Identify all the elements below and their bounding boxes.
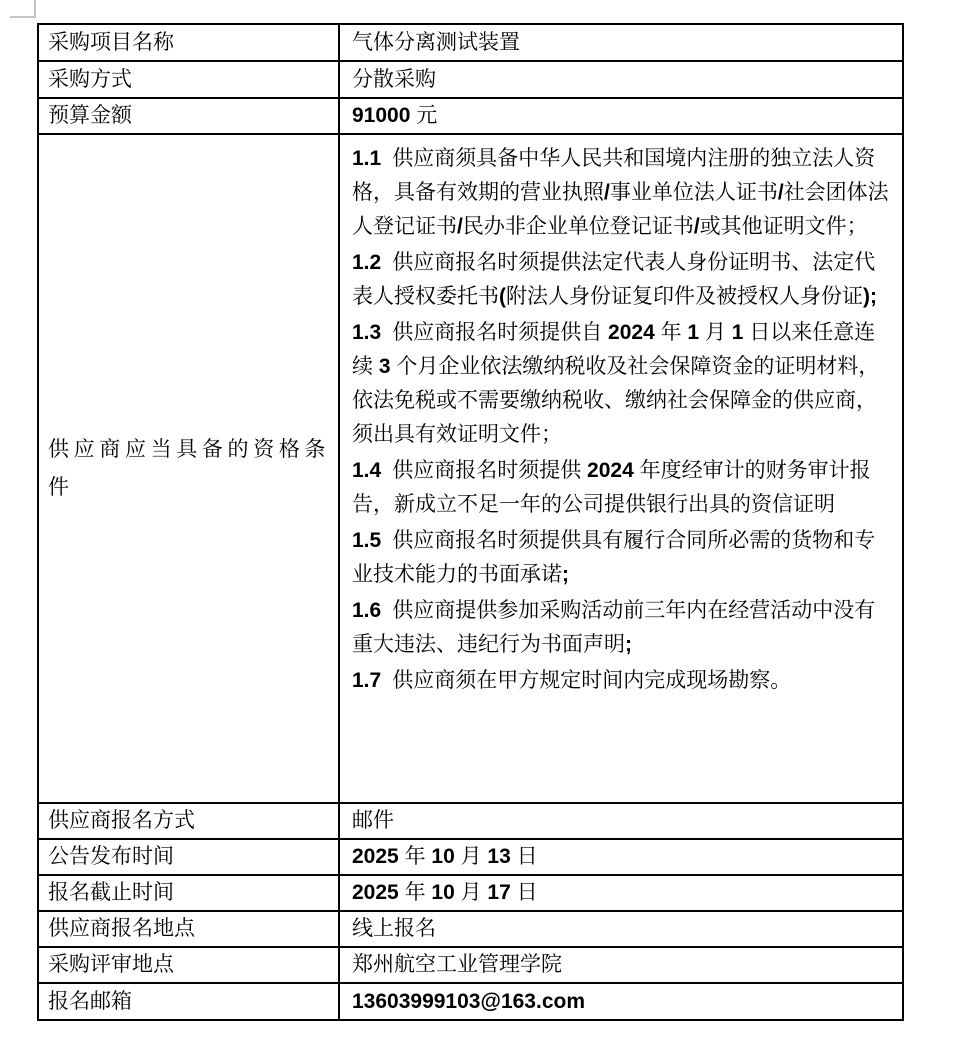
requirement-item: 1.3供应商报名时须提供自 2024 年 1 月 1 日以来任意连续 3 个月企… — [352, 316, 892, 452]
page-margin-crop-mark — [10, 0, 36, 18]
table-row-project-name: 采购项目名称 气体分离测试装置 — [38, 24, 903, 61]
row-label: 报名截止时间 — [38, 875, 339, 911]
requirement-text: 供应商报名时须提供具有履行合同所必需的货物和专业技术能力的书面承诺; — [352, 529, 875, 586]
table-row-deadline-date: 报名截止时间 2025 年 10 月 17 日 — [38, 875, 903, 911]
requirement-number: 1.6 — [352, 599, 381, 622]
requirement-item: 1.1供应商须具备中华人民共和国境内注册的独立法人资格，具备有效期的营业执照/事… — [352, 142, 892, 244]
requirement-text: 供应商报名时须提供 2024 年度经审计的财务审计报告，新成立不足一年的公司提供… — [352, 459, 871, 516]
table-row-announcement-date: 公告发布时间 2025 年 10 月 13 日 — [38, 839, 903, 875]
row-label: 供应商报名地点 — [38, 911, 339, 947]
requirement-number: 1.4 — [352, 459, 381, 482]
procurement-notice-table: 采购项目名称 气体分离测试装置 采购方式 分散采购 预算金额 91000 元 供… — [37, 23, 904, 1021]
row-value: 线上报名 — [339, 911, 903, 947]
requirement-number: 1.3 — [352, 321, 381, 344]
requirement-number: 1.5 — [352, 529, 381, 552]
requirement-number: 1.7 — [352, 669, 381, 692]
requirement-number: 1.1 — [352, 147, 381, 170]
requirement-text: 供应商报名时须提供法定代表人身份证明书、法定代表人授权委托书(附法人身份证复印件… — [352, 251, 877, 308]
document-page: { "table": { "rows": [ { "label": "采购项目名… — [0, 0, 954, 1046]
row-value: 91000 元 — [339, 98, 903, 134]
row-label: 预算金额 — [38, 98, 339, 134]
qualification-requirements: 1.1供应商须具备中华人民共和国境内注册的独立法人资格，具备有效期的营业执照/事… — [339, 134, 903, 803]
table-row-registration-location: 供应商报名地点 线上报名 — [38, 911, 903, 947]
requirement-text: 供应商须在甲方规定时间内完成现场勘察。 — [392, 669, 791, 692]
requirement-item: 1.4供应商报名时须提供 2024 年度经审计的财务审计报告，新成立不足一年的公… — [352, 454, 892, 522]
row-value: 分散采购 — [339, 61, 903, 98]
table-row-budget: 预算金额 91000 元 — [38, 98, 903, 134]
requirement-text: 供应商提供参加采购活动前三年内在经营活动中没有重大违法、违纪行为书面声明; — [352, 599, 875, 656]
row-value: 邮件 — [339, 803, 903, 839]
table-row-registration-email: 报名邮箱 13603999103@163.com — [38, 983, 903, 1020]
row-value: 气体分离测试装置 — [339, 24, 903, 61]
row-label: 报名邮箱 — [38, 983, 339, 1020]
requirement-text: 供应商须具备中华人民共和国境内注册的独立法人资格，具备有效期的营业执照/事业单位… — [352, 147, 889, 238]
row-label: 供应商报名方式 — [38, 803, 339, 839]
table-row-review-location: 采购评审地点 郑州航空工业管理学院 — [38, 947, 903, 983]
row-value: 2025 年 10 月 17 日 — [339, 875, 903, 911]
row-label: 公告发布时间 — [38, 839, 339, 875]
table-row-qualifications: 供应商应当具备的资格条件 1.1供应商须具备中华人民共和国境内注册的独立法人资格… — [38, 134, 903, 803]
row-label: 采购方式 — [38, 61, 339, 98]
requirement-text: 供应商报名时须提供自 2024 年 1 月 1 日以来任意连续 3 个月企业依法… — [352, 321, 879, 446]
table-row-registration-method: 供应商报名方式 邮件 — [38, 803, 903, 839]
requirement-item: 1.5供应商报名时须提供具有履行合同所必需的货物和专业技术能力的书面承诺; — [352, 524, 892, 592]
row-label: 供应商应当具备的资格条件 — [38, 134, 339, 803]
row-value: 13603999103@163.com — [339, 983, 903, 1020]
requirement-item: 1.2供应商报名时须提供法定代表人身份证明书、法定代表人授权委托书(附法人身份证… — [352, 246, 892, 314]
requirement-item: 1.7供应商须在甲方规定时间内完成现场勘察。 — [352, 664, 892, 698]
row-value: 2025 年 10 月 13 日 — [339, 839, 903, 875]
requirement-item: 1.6供应商提供参加采购活动前三年内在经营活动中没有重大违法、违纪行为书面声明; — [352, 594, 892, 662]
row-label: 采购评审地点 — [38, 947, 339, 983]
row-label: 采购项目名称 — [38, 24, 339, 61]
requirement-number: 1.2 — [352, 251, 381, 274]
table-row-procurement-method: 采购方式 分散采购 — [38, 61, 903, 98]
row-value: 郑州航空工业管理学院 — [339, 947, 903, 983]
